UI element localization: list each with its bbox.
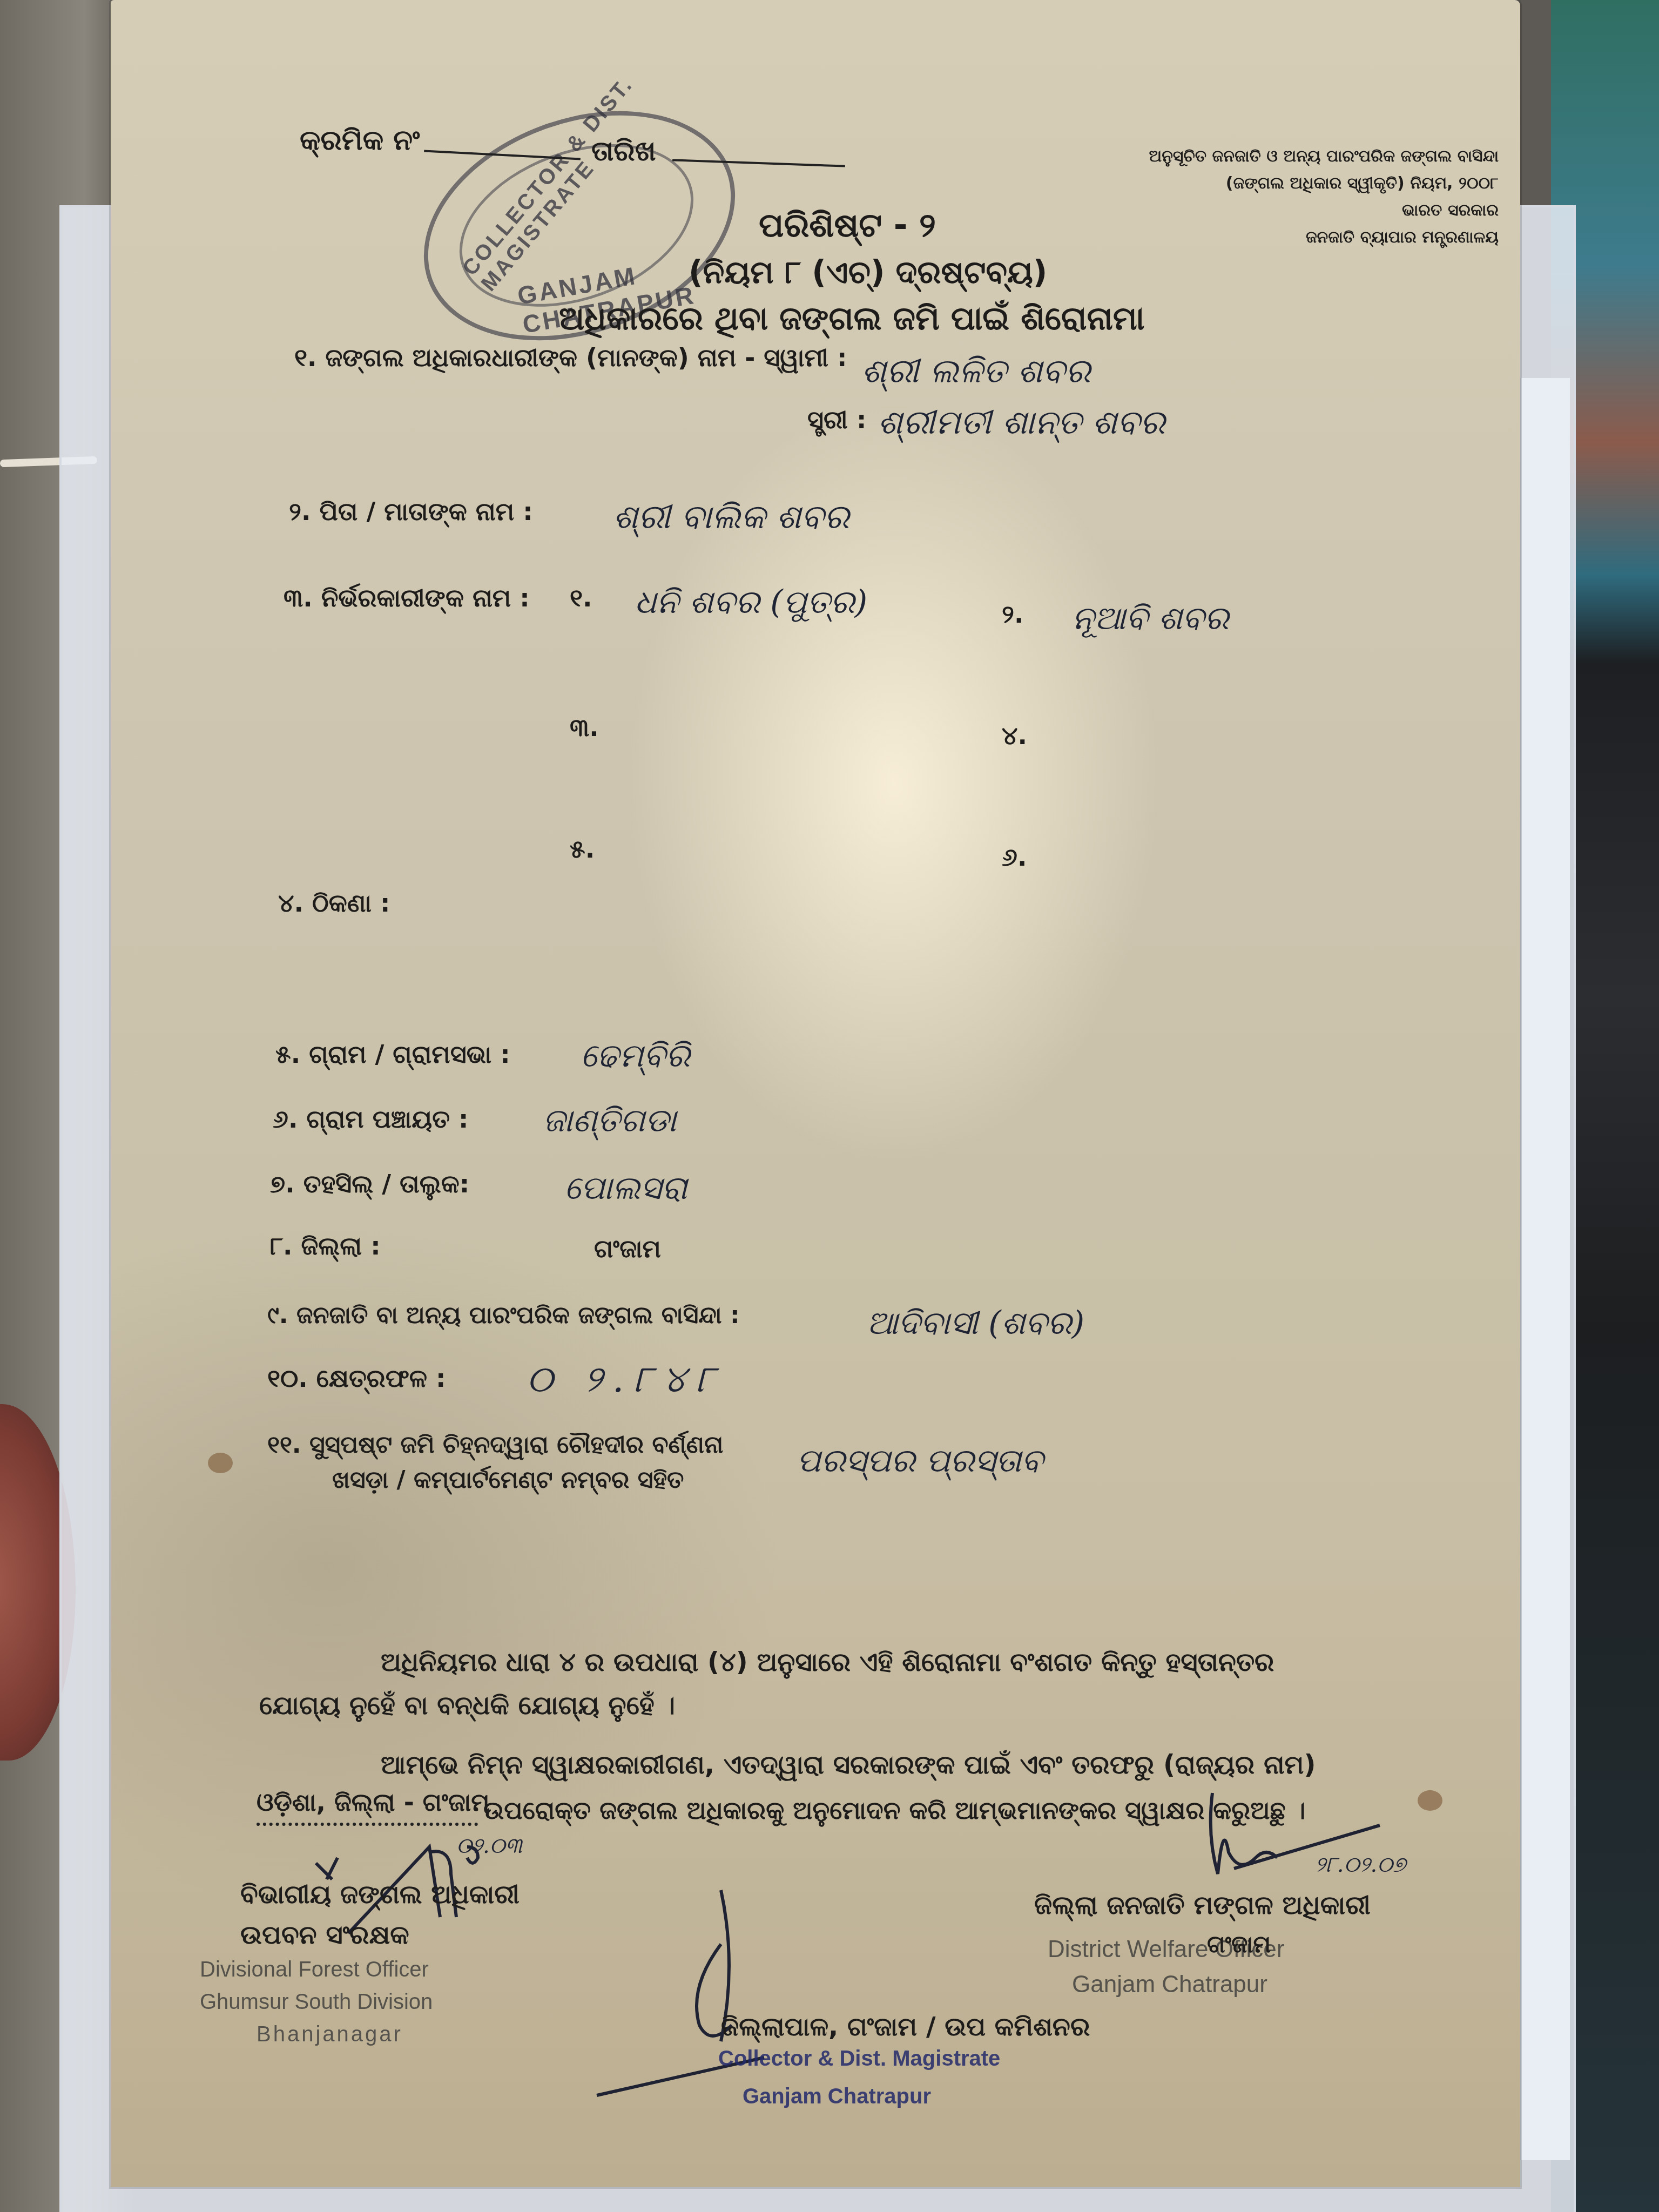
field-11-label-line2: ଖସଡ଼ା / କମ୍ପାର୍ଟମେଣ୍ଟ ନମ୍ବର ସହିତ [332, 1466, 684, 1494]
field-6-label: ୬. ଗ୍ରାମ ପଞ୍ଚାୟତ : [273, 1104, 469, 1135]
dfo-title-odia: ବିଭାଗୀୟ ଜଙ୍ଗଲ ଅଧିକାରୀ [240, 1879, 520, 1910]
field-8-label: ୮. ଜିଲ୍ଲା : [270, 1231, 381, 1262]
collector-stamp-line2: Ganjam Chatrapur [743, 2085, 931, 2109]
serial-number-label: କ୍ରମିକ ନଂ [300, 124, 420, 157]
document-heading: ଅଧିକାରରେ ଥିବା ଜଙ୍ଗଲ ଜମି ପାଇଁ ଶିରୋନାମା [559, 300, 1144, 338]
dfo-stamp-line3: Bhanjanagar [257, 2022, 403, 2047]
field-2-label: ୨. ପିତା / ମାତାଙ୍କ ନାମ : [289, 497, 533, 527]
field-6-panchayat-value: ଜାଣ୍ତିଗଡା [543, 1102, 677, 1139]
dependent-1-value: ଧନି ଶବର (ପୁତ୍ର) [635, 583, 867, 621]
field-5-label: ୫. ଗ୍ରାମ / ଗ୍ରାମସଭା : [275, 1040, 510, 1070]
field-9-label: ୯. ଜନଜାତି ବା ଅନ୍ୟ ପାରଂପରିକ ଜଙ୍ଗଲ ବାସିନ୍ଦ… [267, 1301, 740, 1329]
field-5-village-value: ଢେମ୍ବିରି [581, 1037, 690, 1075]
date-label: ତାରିଖ [591, 135, 656, 168]
rule-reference: (ନିୟମ ୮ (ଏଚ୍) ଦ୍ରଷ୍ଟବ୍ୟ) [689, 254, 1047, 291]
dependent-6-number: ୬. [1002, 842, 1027, 873]
declaration-state-district: ଓଡ଼ିଶା, ଜିଲ୍ଲା - ଗଂଜାମ [257, 1788, 490, 1818]
header-line-act: ଅନୁସୂଚିତ ଜନଜାତି ଓ ଅନ୍ୟ ପାରଂପରିକ ଜଙ୍ଗଲ ବା… [1149, 143, 1499, 170]
dwo-title-odia: ଜିଲ୍ଲା ଜନଜାତି ମଙ୍ଗଳ ଅଧିକାରୀ [1034, 1890, 1371, 1921]
annexure-title: ପରିଶିଷ୍ଟ - ୨ [759, 205, 936, 245]
paper-stain [208, 1453, 233, 1473]
header-line-rules: (ଜଙ୍ଗଲ ଅଧିକାର ସ୍ୱୀକୃତି) ନିୟମ, ୨୦୦୮ [1149, 170, 1499, 197]
declaration-para1-line1: ଅଧିନିୟମର ଧାରା ୪ ର ଉପଧାରା (୪) ଅନୁସାରେ ଏହି… [381, 1647, 1274, 1678]
field-11-label-line1: ୧୧. ସୁସ୍ପଷ୍ଟ ଜମି ଚିହ୍ନଦ୍ୱାରା ଚୌହଦୀର ବର୍ଣ… [267, 1431, 723, 1459]
paper-stain [1418, 1790, 1442, 1811]
dependent-3-number: ୩. [570, 713, 599, 743]
field-8-district-value: ଗଂଜାମ [594, 1234, 661, 1264]
dfo-signature-date: ୦୨.୦୩ [456, 1833, 522, 1858]
field-9-community-value: ଆଦିବାସୀ (ଶବର) [867, 1304, 1084, 1342]
declaration-para2-line2: ଉପରୋକ୍ତ ଜଙ୍ଗଲ ଅଧିକାରକୁ ଅନୁମୋଦନ କରି ଆମ୍ଭମ… [483, 1796, 1305, 1826]
dependent-2-number: ୨. [1002, 599, 1023, 630]
dwo-stamp-line2: Ganjam Chatrapur [1072, 1971, 1267, 1998]
field-10-label: ୧୦. କ୍ଷେତ୍ରଫଳ : [267, 1364, 446, 1394]
declaration-para2-line1: ଆମ୍ଭେ ନିମ୍ନ ସ୍ୱାକ୍ଷରକାରୀଗଣ, ଏତଦ୍ୱାରା ସରକ… [381, 1750, 1316, 1781]
header-line-govt: ଭାରତ ସରକାର [1149, 197, 1499, 224]
field-7-label: ୭. ତହସିଲ୍ / ତାଲୁକ: [270, 1169, 469, 1199]
header-line-ministry: ଜନଜାତି ବ୍ୟାପାର ମନ୍ତ୍ରଣାଳୟ [1149, 224, 1499, 251]
field-1-husband-value: ଶ୍ରୀ ଲଳିତ ଶବର [861, 351, 1090, 391]
sleeve-edge [1520, 378, 1570, 2160]
collector-title-odia: ଜିଲ୍ଲାପାଳ, ଗଂଜାମ / ଉପ କମିଶନର [721, 2012, 1090, 2042]
dwo-signature-date: ୨୮.୦୨.୦୭ [1315, 1852, 1406, 1877]
declaration-para1-line2: ଯୋଗ୍ୟ ନୁହେଁ ବା ବନ୍ଧକି ଯୋଗ୍ୟ ନୁହେଁ । [259, 1690, 675, 1721]
dependent-4-number: ୪. [1002, 721, 1027, 751]
field-4-address-label: ୪. ଠିକଣା : [278, 888, 390, 919]
collector-stamp-line1: Collector & Dist. Magistrate [718, 2047, 1000, 2071]
dfo-stamp-line2: Ghumsur South Division [200, 1990, 433, 2014]
state-fill-dotted-line [257, 1823, 478, 1826]
dfo-stamp-line1: Divisional Forest Officer [200, 1958, 429, 1982]
field-7-tahsil-value: ପୋଲସରା [564, 1169, 687, 1207]
title-certificate-paper: COLLECTOR & DIST. MAGISTRATE GANJAM CHAT… [111, 0, 1520, 2187]
collector-signature [586, 1879, 813, 2106]
field-2-value: ଶ୍ରୀ ବାଲିକ ଶବର [613, 497, 849, 537]
field-1-label: ୧. ଜଙ୍ଗଲ ଅଧିକାରଧାରୀଙ୍କ (ମାନଙ୍କ) ନାମ - ସ୍… [294, 343, 847, 373]
dwo-overprint-odia: ଗଂଜାମ [1207, 1931, 1271, 1958]
dfo-subtitle-odia: ଉପବନ ସଂରକ୍ଷକ [240, 1920, 409, 1951]
field-1-wife-label: ସ୍ତ୍ରୀ : [807, 405, 866, 435]
ministry-header: ଅନୁସୂଚିତ ଜନଜାତି ଓ ଅନ୍ୟ ପାରଂପରିକ ଜଙ୍ଗଲ ବା… [1149, 143, 1499, 251]
field-10-area-value: ୦ ୨.୮୪୮ [527, 1358, 725, 1401]
field-11-boundary-value: ପରସ୍ପର ପ୍ରସ୍ତାବ [797, 1442, 1043, 1480]
field-1-wife-value: ଶ୍ରୀମତୀ ଶାନ୍ତ ଶବର [878, 402, 1165, 442]
dependent-5-number: ୫. [570, 834, 595, 865]
field-3-label: ୩. ନିର୍ଭରକାରୀଙ୍କ ନାମ : [284, 583, 530, 613]
dependent-1-number: ୧. [570, 583, 592, 613]
dependent-2-value: ନୂଆବି ଶବର [1072, 599, 1229, 637]
